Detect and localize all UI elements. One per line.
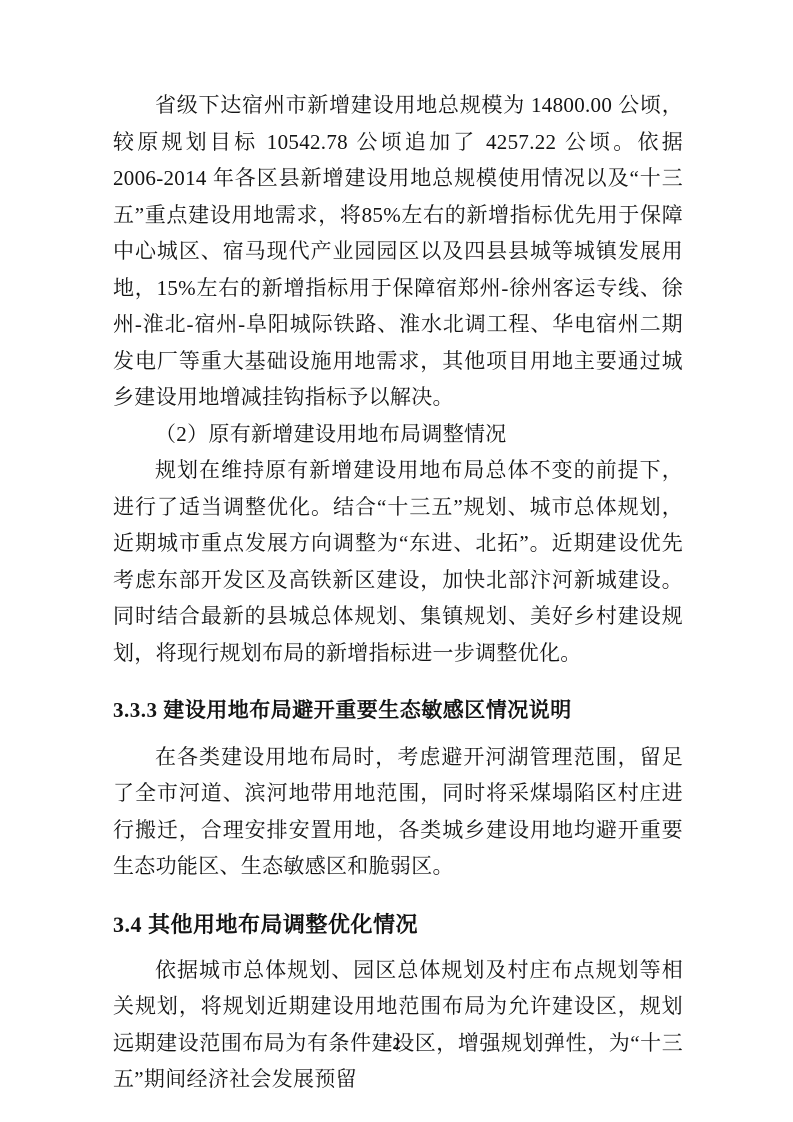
page-number: 2 bbox=[0, 1036, 793, 1054]
paragraph-layout-adjustment: 规划在维持原有新增建设用地布局总体不变的前提下，进行了适当调整优化。结合“十三五… bbox=[113, 452, 683, 671]
document-page: 省级下达宿州市新增建设用地总规模为 14800.00 公顷，较原规划目标 105… bbox=[0, 0, 793, 1122]
paragraph-ecological-avoidance: 在各类建设用地布局时，考虑避开河湖管理范围，留足了全市河道、滨河地带用地范围，同… bbox=[113, 739, 683, 885]
paragraph-other-land-layout-basis: 依据城市总体规划、园区总体规划及村庄布点规划等相关规划，将规划近期建设用地范围布… bbox=[113, 952, 683, 1098]
paragraph-new-construction-land-scale: 省级下达宿州市新增建设用地总规模为 14800.00 公顷，较原规划目标 105… bbox=[113, 87, 683, 416]
page-content: 省级下达宿州市新增建设用地总规模为 14800.00 公顷，较原规划目标 105… bbox=[113, 87, 683, 1098]
heading-3-3-3-ecological-sensitive-areas: 3.3.3 建设用地布局避开重要生态敏感区情况说明 bbox=[113, 692, 683, 729]
paragraph-item-2-subtitle: （2）原有新增建设用地布局调整情况 bbox=[113, 416, 683, 453]
heading-3-4-other-land-layout: 3.4 其他用地布局调整优化情况 bbox=[113, 906, 683, 943]
